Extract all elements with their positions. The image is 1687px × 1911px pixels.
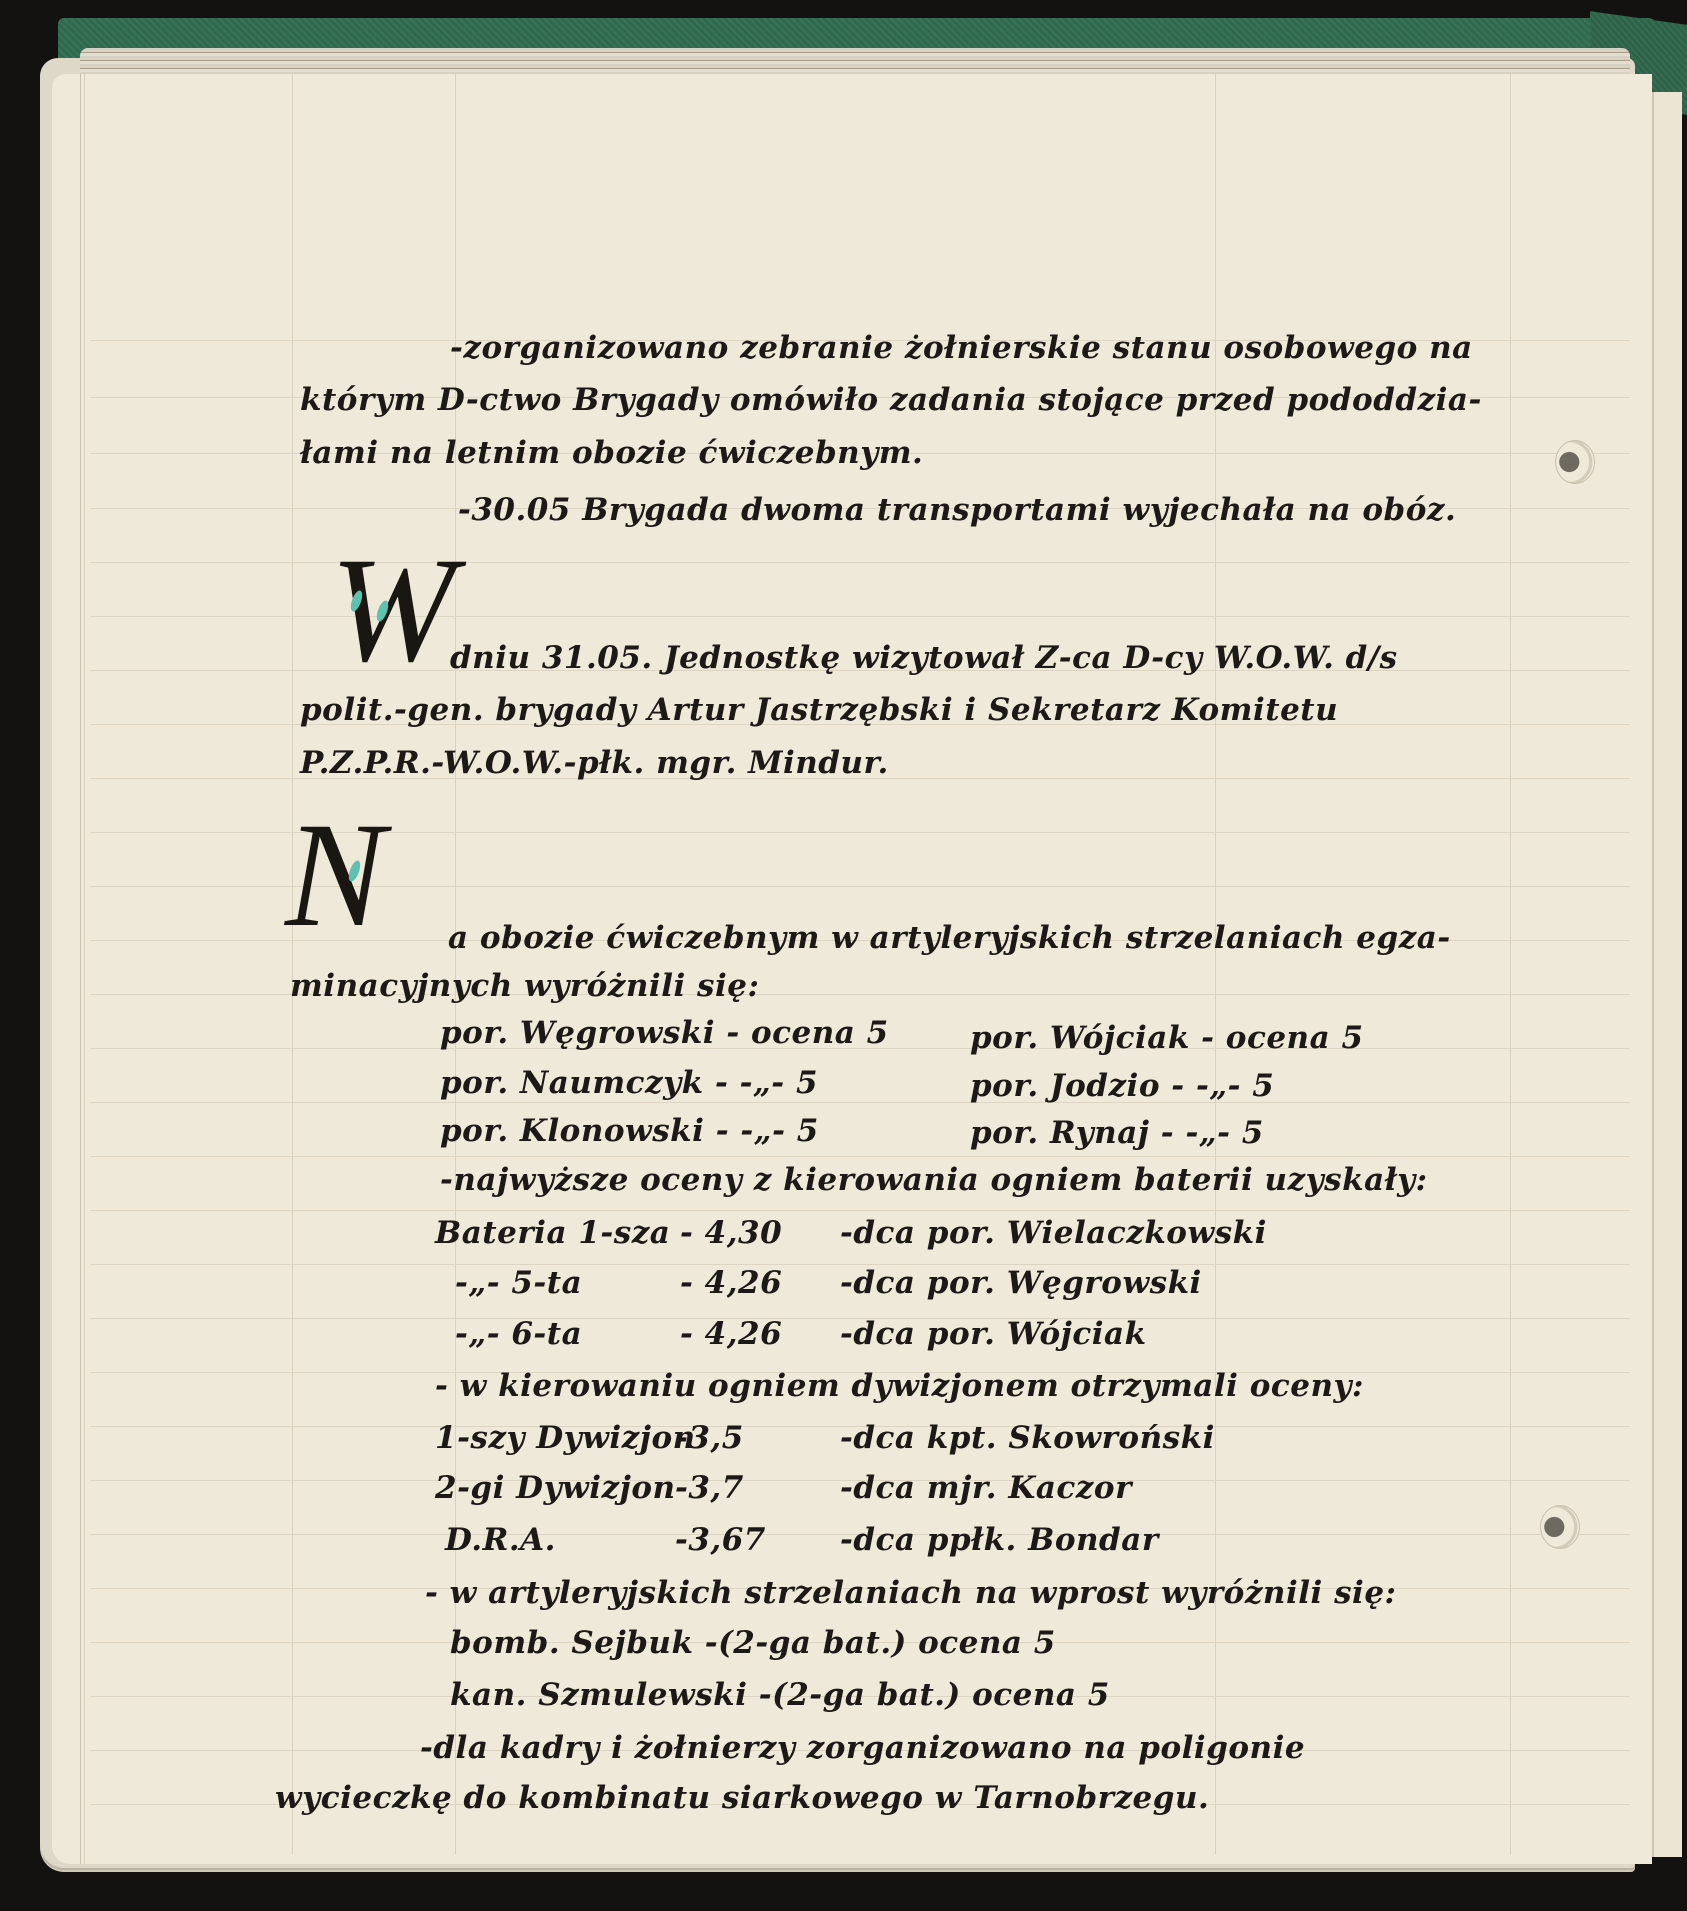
closing-line: -dla kadry i żołnierzy zorganizowano na …: [420, 1730, 1305, 1766]
distinguished-left: por. Naumczyk - -„- 5: [440, 1065, 818, 1101]
text-line: dniu 31.05. Jednostkę wizytował Z-ca D-c…: [450, 640, 1398, 676]
division-commander: -dca kpt. Skowroński: [840, 1420, 1215, 1456]
decorative-initial-n: N: [285, 800, 385, 950]
closing-line: wycieczkę do kombinatu siarkowego w Tarn…: [275, 1780, 1209, 1816]
text-line: łami na letnim obozie ćwiczebnym.: [300, 435, 923, 471]
battery-score: - 4,26: [680, 1316, 782, 1352]
battery-unit: Bateria 1-sza: [435, 1215, 670, 1251]
distinguished-right: por. Rynaj - -„- 5: [970, 1115, 1264, 1151]
text-line: którym D-ctwo Brygady omówiło zadania st…: [300, 382, 1482, 418]
division-unit: 1-szy Dywizjon: [435, 1420, 696, 1456]
punch-hole-bottom: [1540, 1505, 1580, 1549]
battery-score: - 4,30: [680, 1215, 782, 1251]
punch-hole-top: [1555, 440, 1595, 484]
division-score: -3,7: [675, 1470, 744, 1506]
division-score: -3,5: [675, 1420, 744, 1456]
battery-score: - 4,26: [680, 1265, 782, 1301]
distinguished-left: por. Klonowski - -„- 5: [440, 1113, 819, 1149]
battery-commander: -dca por. Wielaczkowski: [840, 1215, 1267, 1251]
text-line: a obozie ćwiczebnym w artyleryjskich str…: [448, 920, 1451, 956]
text-line: polit.-gen. brygady Artur Jastrzębski i …: [300, 692, 1338, 728]
distinguished-right: por. Jodzio - -„- 5: [970, 1068, 1274, 1104]
battery-unit: -„- 6-ta: [455, 1316, 582, 1352]
division-unit: 2-gi Dywizjon: [435, 1470, 676, 1506]
battery-unit: -„- 5-ta: [455, 1265, 582, 1301]
division-score: -3,67: [675, 1522, 766, 1558]
decorative-initial-w: W: [330, 535, 455, 685]
distinguished-left: por. Węgrowski - ocena 5: [440, 1015, 889, 1051]
text-line: -30.05 Brygada dwoma transportami wyjech…: [458, 492, 1456, 528]
text-line: -zorganizowano zebranie żołnierskie stan…: [450, 330, 1473, 366]
division-commander: -dca ppłk. Bondar: [840, 1522, 1159, 1558]
battery-commander: -dca por. Wójciak: [840, 1316, 1147, 1352]
division-unit: D.R.A.: [445, 1522, 556, 1558]
shooting-row: kan. Szmulewski -(2-ga bat.) ocena 5: [450, 1677, 1110, 1713]
distinguished-right: por. Wójciak - ocena 5: [970, 1020, 1364, 1056]
shooting-heading: - w artyleryjskich strzelaniach na wpros…: [425, 1575, 1397, 1611]
text-line: P.Z.P.R.-W.O.W.-płk. mgr. Mindur.: [300, 745, 889, 781]
battery-heading: -najwyższe oceny z kierowania ogniem bat…: [440, 1162, 1428, 1198]
division-commander: -dca mjr. Kaczor: [840, 1470, 1132, 1506]
page-binding-strip: [1652, 92, 1682, 1857]
text-line: minacyjnych wyróżnili się:: [290, 968, 759, 1004]
division-heading: - w kierowaniu ogniem dywizjonem otrzyma…: [435, 1368, 1364, 1404]
shooting-row: bomb. Sejbuk -(2-ga bat.) ocena 5: [450, 1625, 1056, 1661]
battery-commander: -dca por. Węgrowski: [840, 1265, 1202, 1301]
